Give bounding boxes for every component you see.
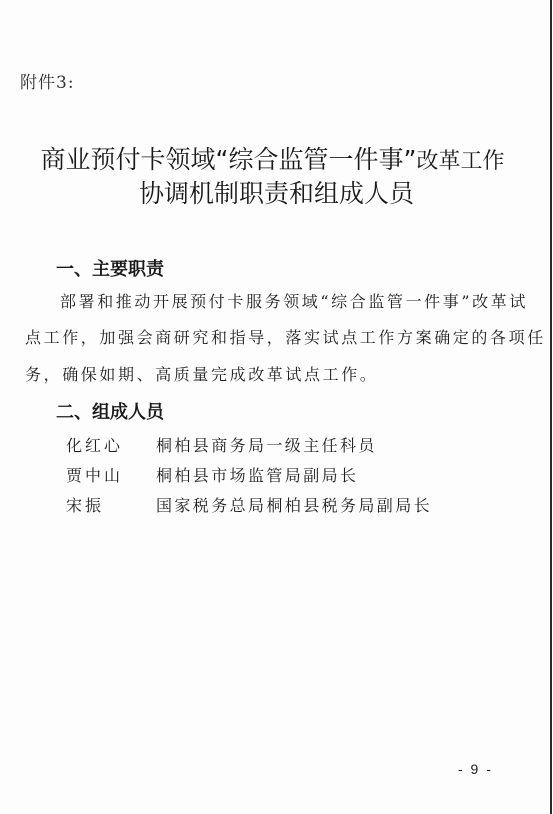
member-role: 桐柏县商务局一级主任科员 [156,433,377,456]
duties-paragraph-line-3: 务，确保如期、高质量完成改革试点工作。 [25,362,378,385]
member-name: 宋振 [66,493,104,516]
member-name: 化红心 [66,433,123,456]
section-heading-members: 二、组成人员 [56,398,164,424]
member-role: 国家税务总局桐柏县税务局副局长 [156,493,432,516]
duties-paragraph-line-1: 部署和推动开展预付卡服务领域“综合监管一件事”改革试 [60,289,528,312]
section-heading-duties: 一、主要职责 [56,255,164,281]
duties-paragraph-line-2: 点工作，加强会商研究和指导，落实试点工作方案确定的各项任 [25,325,546,348]
page-edge-border [550,0,552,814]
attachment-label: 附件3: [20,68,75,93]
member-name: 贾中山 [66,463,123,486]
member-role: 桐柏县市场监管局副局长 [156,463,358,486]
document-page: 附件3: 商业预付卡领域“综合监管一件事”改革工作 协调机制职责和组成人员 一、… [0,0,553,814]
title-main-text: 商业预付卡领域“综合监管一件事” [41,145,417,174]
page-number: - 9 - [458,761,493,777]
title-tail-text: 改革工作 [416,149,504,174]
document-title-line-2: 协调机制职责和组成人员 [0,174,553,210]
document-title-line-1: 商业预付卡领域“综合监管一件事”改革工作 [0,140,549,176]
